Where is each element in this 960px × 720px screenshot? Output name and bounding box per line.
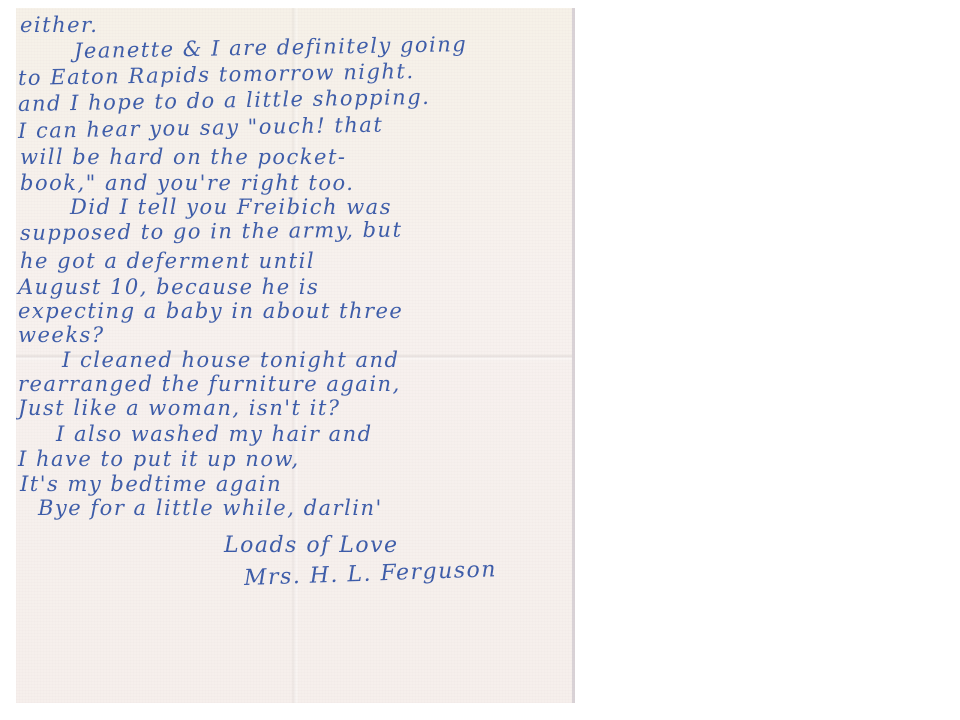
letter-line: will be hard on the pocket- — [20, 147, 347, 168]
letter-line: I cleaned house tonight and — [62, 350, 399, 371]
letter-line: rearranged the furniture again, — [18, 374, 401, 395]
letter-line: he got a deferment until — [20, 251, 315, 272]
letter-line: and I hope to do a little shopping. — [18, 87, 431, 115]
letter-line: weeks? — [18, 325, 105, 346]
letter-line: Did I tell you Freibich was — [70, 197, 392, 218]
letter-page: either. Jeanette & I are definitely goin… — [16, 8, 575, 703]
letter-line: Jeanette & I are definitely going — [74, 34, 468, 62]
letter-line: expecting a baby in about three — [18, 301, 403, 322]
scan-canvas: either. Jeanette & I are definitely goin… — [0, 0, 960, 720]
letter-line: It's my bedtime again — [20, 474, 282, 495]
letter-closing: Loads of Love — [224, 535, 399, 557]
letter-line: I also washed my hair and — [56, 424, 373, 445]
letter-line: I have to put it up now, — [18, 449, 300, 470]
letter-line: to Eaton Rapids tomorrow night. — [18, 61, 415, 89]
letter-signature: Mrs. H. L. Ferguson — [244, 559, 498, 590]
letter-line: I can hear you say "ouch! that — [18, 115, 384, 142]
letter-line: Just like a woman, isn't it? — [18, 398, 341, 419]
letter-line: August 10, because he is — [18, 277, 319, 298]
letter-line: book," and you're right too. — [20, 173, 354, 194]
letter-line: Bye for a little while, darlin' — [38, 498, 383, 519]
letter-line: either. — [20, 15, 98, 36]
letter-line: supposed to go in the army, but — [20, 220, 403, 244]
